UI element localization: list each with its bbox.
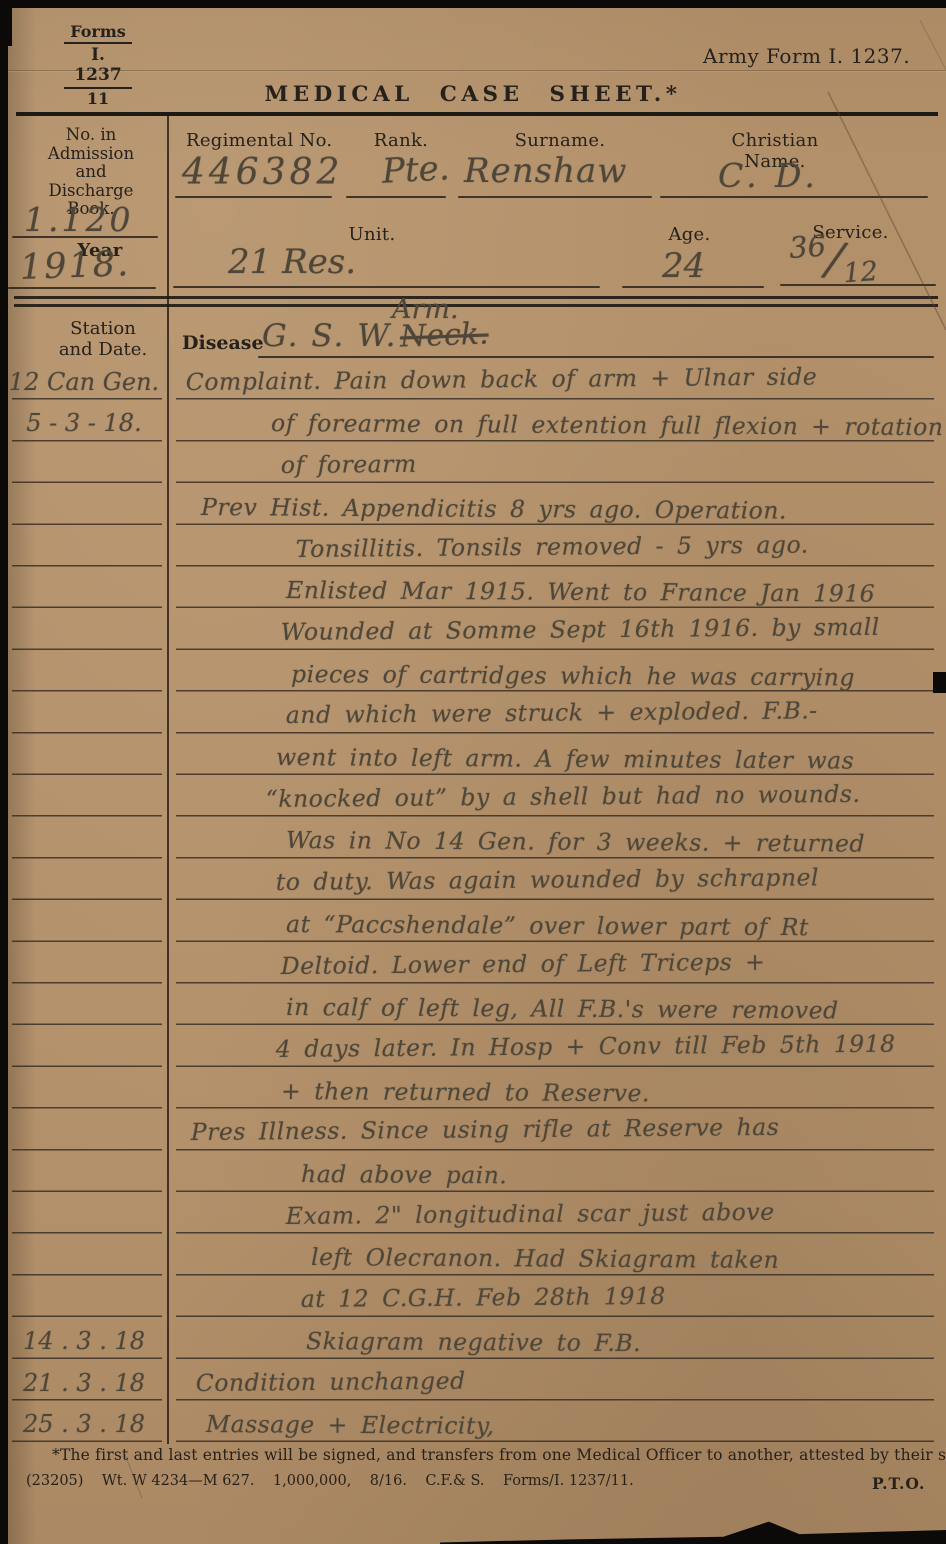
underline <box>458 196 652 198</box>
scan-edge-blob <box>933 672 946 693</box>
case-note-row: of forearm <box>0 448 946 484</box>
station-label-line: Station <box>70 318 136 339</box>
signature-footnote: *The first and last entries will be sign… <box>52 1446 946 1464</box>
case-note-text: Prev Hist. Appendicitis 8 yrs ago. Opera… <box>201 490 787 528</box>
service-numerator: 36 <box>788 229 827 265</box>
case-note-row: 21 . 3 . 18Condition unchanged <box>0 1366 946 1402</box>
case-note-row: at 12 C.G.H. Feb 28th 1918 <box>0 1282 946 1318</box>
station-date-entry: 12 Can Gen. <box>4 365 164 399</box>
station-and-date-label: Station and Date. <box>38 318 168 360</box>
case-note-row: “knocked out” by a shell but had no woun… <box>0 782 946 818</box>
case-note-row: left Olecranon. Had Skiagram taken <box>0 1240 946 1276</box>
case-note-row: 12 Can Gen.Complaint. Pain down back of … <box>0 365 946 401</box>
scan-edge-corner <box>0 0 12 46</box>
case-note-row: at “Paccshendale” over lower part of Rt <box>0 907 946 943</box>
station-date-entry: 25 . 3 . 18 <box>4 1407 164 1441</box>
case-note-row: to duty. Was again wounded by schrapnel <box>0 865 946 901</box>
case-note-row: Pres Illness. Since using rifle at Reser… <box>0 1115 946 1151</box>
case-note-row: 14 . 3 . 18Skiagram negative to F.B. <box>0 1324 946 1360</box>
case-note-row: had above pain. <box>0 1157 946 1193</box>
page-title: MEDICAL CASE SHEET.* <box>0 82 946 107</box>
disease-value: G. S. W. <box>262 318 398 354</box>
case-note-text: at 12 C.G.H. Feb 28th 1918 <box>301 1279 666 1316</box>
case-note-row: Exam. 2" longitudinal scar just above <box>0 1199 946 1235</box>
case-note-row: 25 . 3 . 18Massage + Electricity, <box>0 1407 946 1443</box>
admission-label-line: Admission <box>48 144 134 163</box>
scan-edge-top <box>0 0 946 8</box>
case-note-text: at “Paccshendale” over lower part of Rt <box>286 907 809 944</box>
case-note-row: Wounded at Somme Sept 16th 1916. by smal… <box>0 615 946 651</box>
case-note-text: Wounded at Somme Sept 16th 1916. by smal… <box>281 610 880 649</box>
case-note-text: in calf of left leg, All F.B.'s were rem… <box>286 990 839 1027</box>
admission-label-line: No. in <box>66 125 116 144</box>
section-rule <box>14 304 938 307</box>
service-value: 36/12 <box>788 225 879 293</box>
disease-correction: Arm. <box>392 294 459 325</box>
year-value: 1918. <box>19 244 131 288</box>
case-note-text: Skiagram negative to F.B. <box>306 1324 641 1360</box>
christian-name-value: C. D. <box>718 156 819 195</box>
station-label-line: and Date. <box>59 339 147 360</box>
case-note-row: Deltoid. Lower end of Left Triceps + <box>0 949 946 985</box>
medical-case-sheet-scan: Forms I. 1237 11 Army Form I. 1237. MEDI… <box>0 0 946 1544</box>
case-note-row: 4 days later. In Hosp + Conv till Feb 5t… <box>0 1032 946 1068</box>
case-note-text: Condition unchanged <box>196 1363 466 1399</box>
case-note-text: Enlisted Mar 1915. Went to France Jan 19… <box>286 573 875 611</box>
case-note-text: Tonsillitis. Tonsils removed - 5 yrs ago… <box>296 527 809 565</box>
section-rule <box>14 296 938 299</box>
scan-edge-left <box>0 0 8 1544</box>
case-note-text: of forearme on full extention full flexi… <box>271 406 944 444</box>
case-note-text: Pres Illness. Since using rifle at Reser… <box>191 1110 780 1149</box>
case-note-row: went into left arm. A few minutes later … <box>0 740 946 776</box>
case-note-row: and which were struck + exploded. F.B.- <box>0 698 946 734</box>
surname-value: Renshaw <box>464 151 627 191</box>
case-note-text: + then returned to Reserve. <box>281 1074 650 1110</box>
case-note-text: Complaint. Pain down back of arm + Ulnar… <box>186 359 818 399</box>
case-note-text: 4 days later. In Hosp + Conv till Feb 5t… <box>276 1026 896 1065</box>
case-note-text: left Olecranon. Had Skiagram taken <box>311 1240 779 1277</box>
header-rule <box>16 112 938 116</box>
underline <box>622 286 764 288</box>
case-note-row: Tonsillitis. Tonsils removed - 5 yrs ago… <box>0 532 946 568</box>
case-note-text: Was in No 14 Gen. for 3 weeks. + returne… <box>286 823 865 861</box>
underline <box>346 196 446 198</box>
rank-label: Rank. <box>356 130 446 151</box>
surname-label: Surname. <box>510 130 610 151</box>
case-note-text: Massage + Electricity, <box>206 1407 495 1443</box>
paper-crease-horizontal <box>8 70 946 71</box>
age-label: Age. <box>662 224 717 245</box>
underline <box>780 284 936 286</box>
case-note-text: Deltoid. Lower end of Left Triceps + <box>281 944 766 982</box>
age-value: 24 <box>662 246 705 286</box>
underline <box>8 287 156 289</box>
case-note-row: Enlisted Mar 1915. Went to France Jan 19… <box>0 573 946 609</box>
case-note-row: in calf of left leg, All F.B.'s were rem… <box>0 990 946 1026</box>
printer-imprint: (23205) Wt. W 4234—M 627. 1,000,000, 8/1… <box>26 1473 634 1489</box>
case-note-row: 5 - 3 - 18.of forearme on full extention… <box>0 406 946 442</box>
underline <box>173 286 600 288</box>
underline <box>175 196 332 198</box>
case-note-row: pieces of cartridges which he was carryi… <box>0 657 946 693</box>
case-note-text: and which were struck + exploded. F.B.- <box>286 694 818 733</box>
station-date-entry: 5 - 3 - 18. <box>4 406 164 440</box>
case-note-text: to duty. Was again wounded by schrapnel <box>276 860 819 899</box>
unit-value: 21 Res. <box>228 242 356 282</box>
case-note-row: Was in No 14 Gen. for 3 weeks. + returne… <box>0 823 946 859</box>
case-note-text: went into left arm. A few minutes later … <box>276 740 854 778</box>
underline <box>12 236 158 238</box>
rank-value: Pte. <box>381 148 450 191</box>
admission-label-line: and <box>75 162 106 181</box>
pto-note: P.T.O. <box>872 1474 925 1493</box>
station-date-entry: 21 . 3 . 18 <box>4 1366 164 1400</box>
case-note-row: + then returned to Reserve. <box>0 1074 946 1110</box>
disease-label: Disease <box>182 332 264 354</box>
admission-book-number: 1.120 <box>24 200 133 239</box>
case-note-text: “knocked out” by a shell but had no woun… <box>266 777 861 816</box>
case-note-text: had above pain. <box>301 1157 507 1192</box>
regimental-no-label: Regimental No. <box>186 130 332 151</box>
regimental-no-value: 446382 <box>182 152 343 193</box>
case-note-text: of forearm <box>281 447 417 482</box>
form-number-line: Forms <box>64 22 132 44</box>
army-form-number: Army Form I. 1237. <box>703 44 910 68</box>
case-note-row: Prev Hist. Appendicitis 8 yrs ago. Opera… <box>0 490 946 526</box>
case-note-text: pieces of cartridges which he was carryi… <box>291 657 855 694</box>
underline <box>660 196 928 198</box>
case-note-text: Exam. 2" longitudinal scar just above <box>286 1194 775 1232</box>
station-date-entry: 14 . 3 . 18 <box>4 1324 164 1358</box>
admission-label-line: Discharge <box>49 181 134 200</box>
